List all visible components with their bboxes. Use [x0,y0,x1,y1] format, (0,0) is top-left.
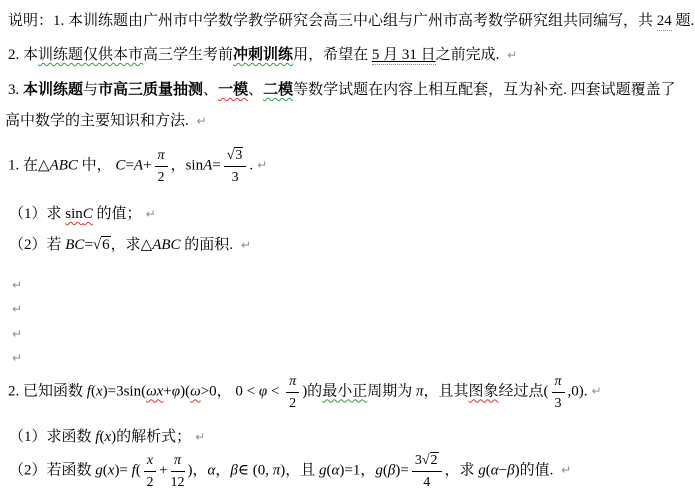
math-run: α [491,462,499,478]
math-run: x [96,383,103,399]
text-run: 市高三质量抽测 [98,82,203,98]
text-run: 的解析式； [116,429,191,445]
math-run: sin [65,206,83,222]
math-run: C [83,206,93,222]
text-run: 周期为 [367,383,416,399]
fraction: π2 [286,372,299,412]
empty-paragraph-3[interactable]: ↵ [8,323,22,345]
text-run: ， [215,462,230,478]
text-run: 等数学试题在内容上相互配套，互为补充. 四套试题覆盖了 [293,82,676,98]
note-line-1[interactable]: 说明：1. 本训练题由广州市中学数学教学研究会高三中心组与广州市高考数学研究组共… [8,10,695,32]
fraction: π3 [552,372,565,412]
fraction-denominator: 2 [155,167,168,186]
math-run: ABC [50,157,78,173]
problem-2-part-1[interactable]: （1）求函数 f(x)的解析式；↵ [9,426,205,448]
problem-2-statement[interactable]: 2. 已知函数 f(x)=3sin(ωx+φ)(ω>0， 0 < φ < π2)… [8,372,602,412]
text-run: . [249,157,253,173]
math-run: =3sin( [108,383,146,399]
text-run: 之前完成. [436,47,504,63]
math-run: 3 [415,453,422,468]
math-run: < [267,383,283,399]
math-run: ω [190,383,201,399]
empty-paragraph-2[interactable]: ↵ [8,298,22,320]
problem-number: 2. [8,383,23,399]
sqrt-expression: √6 [93,236,111,253]
text-run: 、 [248,82,263,98]
due-date: 5 月 31 日 [372,47,436,65]
fraction-denominator: 2 [144,472,156,491]
math-run: ( [136,462,141,478]
text-run: ，且其 [423,383,468,399]
math-run: 12 [171,475,185,490]
text-run: 、 [203,82,218,98]
sqrt-expression: √3 [227,147,244,163]
text-run: )的 [302,383,322,399]
problem-1-part-2[interactable]: （2）若 BC=√6，求△ABC 的面积. ↵ [9,234,251,256]
fraction-numerator: π [286,372,299,393]
text-run: ，且 [285,462,319,478]
math-run: A [134,157,143,173]
math-run: △ [38,157,50,173]
math-run: = [84,237,92,253]
math-run: ABC [152,237,180,253]
paragraph-mark: ↵ [12,278,22,292]
math-run: C [115,157,125,173]
text-run: 最小正 [322,383,367,399]
math-run: = [125,157,133,173]
paragraph-mark: ↵ [195,430,205,444]
math-run: )( [180,383,190,399]
note-line-4[interactable]: 高中数学的主要知识和方法. ↵ [5,110,207,132]
paragraph-mark: ↵ [592,384,602,398]
text-run: ，求 [111,237,141,253]
math-run: = [212,157,220,173]
math-run: A [203,157,212,173]
math-run: + [163,383,171,399]
math-run: β [230,462,237,478]
math-run: )=1， [339,462,375,478]
math-run: β [507,462,514,478]
note-line-2[interactable]: 2. 本训练题仅供本市高三学生考前冲刺训练用，希望在 5 月 31 日之前完成.… [8,44,517,66]
empty-paragraph-1[interactable]: ↵ [8,274,22,296]
fraction-numerator: x [144,451,156,472]
fraction: π2 [155,146,168,186]
text-run: 冲刺训练 [233,47,293,63]
document-page: { "colors": { "text": "#000000", "paragr… [0,0,695,496]
text-run: （1）求 [9,206,65,222]
problem-1-part-1[interactable]: （1）求 sinC 的值；↵ [9,203,156,225]
math-run: π [174,453,181,468]
text-run: ， [193,462,208,478]
text-run: 的面积. [181,237,237,253]
fraction: x2 [144,451,156,491]
text-run: 题. [672,13,695,29]
radicand: 6 [101,236,111,253]
fraction-numerator: π [552,372,565,393]
text-run: 的值； [93,206,142,222]
math-run: 3 [232,170,239,185]
text-run: . [584,383,588,399]
math-run: g [319,462,327,478]
fraction-denominator: 4 [412,472,442,491]
radical-icon: √ [422,453,430,468]
math-run: g [478,462,486,478]
list-number: 3. [8,82,23,98]
fraction-numerator: π [171,451,185,472]
math-run: 0 < [232,383,259,399]
fraction-numerator: π [155,146,168,167]
paragraph-mark: ↵ [561,463,571,477]
empty-paragraph-4[interactable]: ↵ [8,347,22,369]
math-run: 3 [555,396,562,411]
problem-1-statement[interactable]: 1. 在△ABC 中， C=A+π2，sinA=√33.↵ [8,146,267,186]
math-run: ∈ (0, [238,462,273,478]
text-run: 与 [83,82,98,98]
text-run: （2）若函数 [9,462,95,478]
fraction-denominator: 3 [552,393,565,412]
paragraph-mark: ↵ [12,302,22,316]
math-run: π [289,374,296,389]
paragraph-mark: ↵ [197,114,207,128]
radicand: 3 [234,147,243,163]
paragraph-mark: ↵ [241,238,251,252]
math-run: − [499,462,507,478]
math-run: )= [395,462,408,478]
math-run: g [95,462,103,478]
math-run: ωx [146,383,163,399]
fraction-denominator: 2 [286,393,299,412]
problem-number: 1. [8,157,23,173]
math-run: sin [186,157,204,173]
text-run: 中， [78,157,116,173]
fraction-numerator: 3√2 [412,451,442,472]
math-run: ,0) [568,383,584,399]
math-run: π [158,148,165,163]
text-run: （1）求函数 [9,429,95,445]
math-run: )= [114,462,131,478]
problem-2-part-2[interactable]: （2）若函数 g(x)= f(x2+π12)，α，β∈ (0, π)，且 g(α… [9,451,571,491]
text-run: 经过点( [499,383,549,399]
text-run: 在 [23,157,38,173]
math-run: 2 [289,396,296,411]
fraction: √33 [224,146,247,186]
math-run: + [159,462,167,478]
problem-count: 24 [657,13,672,31]
text-run: 的值. [520,462,558,478]
paragraph-mark: ↵ [257,158,267,172]
sqrt-expression: √2 [422,452,439,468]
fraction: π12 [171,451,185,491]
math-run: φ [172,383,180,399]
math-run: BC [65,237,84,253]
math-run: 2 [146,475,153,490]
math-run: △ [141,237,153,253]
math-run: g [375,462,383,478]
math-run: >0， [201,383,232,399]
text-run: （2）若 [9,237,65,253]
text-run: 图象 [469,383,499,399]
paragraph-mark: ↵ [507,48,517,62]
math-run: + [143,157,151,173]
list-number: 2. [8,47,23,63]
paragraph-mark: ↵ [12,351,22,365]
paragraph-mark: ↵ [12,327,22,341]
radical-icon: √ [93,237,101,253]
text-run: 高三学生考前 [143,47,233,63]
math-run: φ [259,383,267,399]
text-run: ， [171,157,186,173]
radicand: 2 [430,452,439,468]
text-run: 已知函数 [23,383,87,399]
note-line-3[interactable]: 3. 本训练题与市高三质量抽测、一模、二模等数学试题在内容上相互配套，互为补充.… [8,79,676,101]
math-run: 2 [158,170,165,185]
fraction-denominator: 3 [224,167,247,186]
paragraph-mark: ↵ [146,207,156,221]
math-run: 4 [423,475,430,490]
text-run: 用，希望在 [293,47,372,63]
math-run: π [555,374,562,389]
text-run: 本 [23,47,38,63]
text-run: 本训练题 [23,82,83,98]
text-run: 训练题仅供本市 [38,47,143,63]
text-run: 二模 [263,82,293,98]
text-run: 高中数学的主要知识和方法. [5,113,193,129]
text-run: ，求 [445,462,479,478]
math-run: x [147,453,153,468]
fraction: 3√24 [412,451,442,491]
text-run: 一模 [218,82,248,98]
fraction-numerator: √3 [224,146,247,167]
text-run: 说明：1. 本训练题由广州市中学数学教学研究会高三中心组与广州市高考数学研究组共… [8,13,657,29]
fraction-denominator: 12 [171,472,185,491]
